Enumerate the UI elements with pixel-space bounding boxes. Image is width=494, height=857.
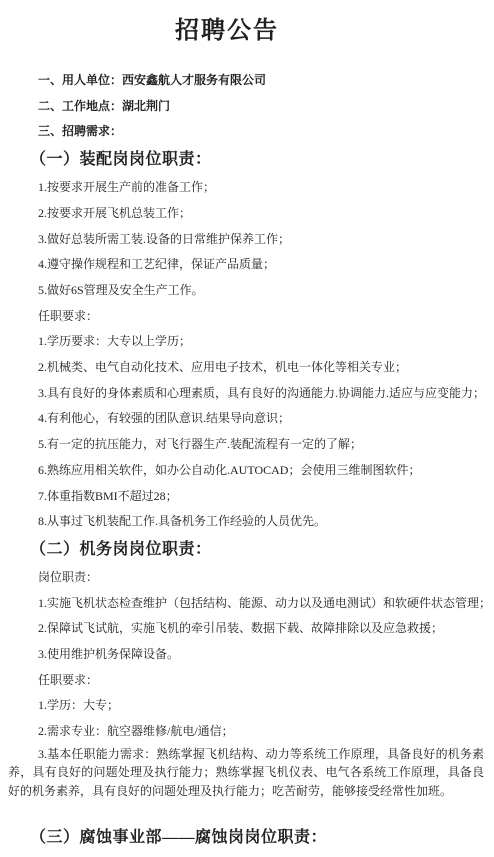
section1-requirement-item: 3.具有良好的身体素质和心理素质，具有良好的沟通能力.协调能力.适应与应变能力；	[8, 381, 484, 407]
intro-demand-line: 三、招聘需求：	[8, 119, 484, 145]
section3-heading: （三）腐蚀事业部——腐蚀岗岗位职责：	[8, 823, 484, 853]
section1-requirement-item: 5.有一定的抗压能力，对飞行器生产.装配流程有一定的了解；	[8, 432, 484, 458]
section1-requirements-label: 任职要求：	[8, 304, 484, 330]
section2-requirement-item: 1.学历：大专；	[8, 693, 484, 719]
section1-duty-item: 5.做好6S管理及安全生产工作。	[8, 278, 484, 304]
section1-requirement-item: 1.学历要求：大专以上学历；	[8, 329, 484, 355]
section2-duty-item: 2.保障试飞试航，实施飞机的牵引吊装、数据下载、故障排除以及应急救援；	[8, 616, 484, 642]
section1-requirement-item: 7.体重指数BMI不超过28；	[8, 484, 484, 510]
section1-requirement-item: 8.从事过飞机装配工作.具备机务工作经验的人员优先。	[8, 509, 484, 535]
section1-duty-item: 2.按要求开展飞机总装工作；	[8, 201, 484, 227]
section2-requirement-item: 2.需求专业：航空器维修/航电/通信；	[8, 719, 484, 745]
section1-duty-item: 4.遵守操作规程和工艺纪律，保证产品质量；	[8, 252, 484, 278]
section2-duties-label: 岗位职责：	[8, 565, 484, 591]
page-title: 招聘公告	[8, 14, 446, 48]
document-page: 招聘公告 一、用人单位：西安鑫航人才服务有限公司 二、工作地点：湖北荆门 三、招…	[0, 0, 494, 857]
section2-capability-paragraph: 3.基本任职能力需求：熟练掌握飞机结构、动力等系统工作原理，具备良好的机务素养，…	[8, 745, 484, 801]
section2-requirements-label: 任职要求：	[8, 668, 484, 694]
section1-heading: （一）装配岗岗位职责：	[8, 145, 484, 175]
section2-duty-item: 1.实施飞机状态检查维护（包括结构、能源、动力以及通电测试）和软硬件状态管理；	[8, 591, 484, 617]
section1-duty-item: 1.按要求开展生产前的准备工作；	[8, 175, 484, 201]
section1-requirement-item: 4.有利他心，有较强的团队意识.结果导向意识；	[8, 406, 484, 432]
intro-location-line: 二、工作地点：湖北荆门	[8, 94, 484, 120]
section2-duty-item: 3.使用维护机务保障设备。	[8, 642, 484, 668]
intro-employer-line: 一、用人单位：西安鑫航人才服务有限公司	[8, 68, 484, 94]
section1-requirement-item: 2.机械类、电气自动化技术、应用电子技术，机电一体化等相关专业；	[8, 355, 484, 381]
section1-duty-item: 3.做好总装所需工装.设备的日常维护保养工作；	[8, 227, 484, 253]
section2-heading: （二）机务岗岗位职责：	[8, 535, 484, 565]
section1-requirement-item: 6.熟练应用相关软件，如办公自动化.AUTOCAD；会使用三维制图软件；	[8, 458, 484, 484]
